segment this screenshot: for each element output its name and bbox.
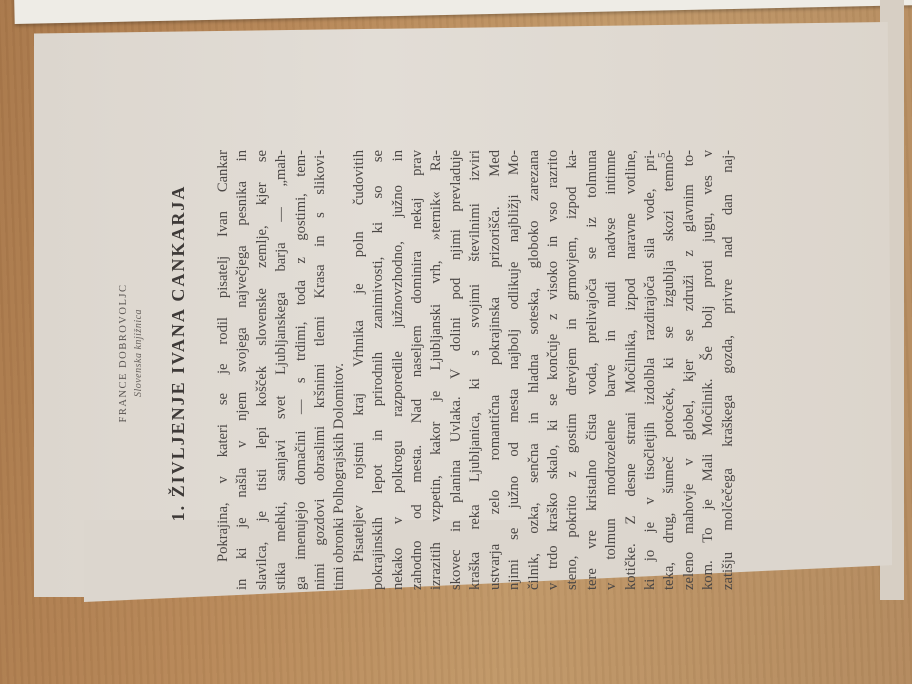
text-line: ki jo je v tisočletjih izdolbla razdiraj… (641, 150, 660, 590)
text-line: steno, pokrito z gostim drevjem in grmov… (563, 150, 582, 590)
text-line: kotičke. Z desne strani Močilnika, izpod… (622, 150, 641, 590)
text-line: nekako v polkrogu razporedile južnovzhod… (389, 150, 408, 590)
text-line: slavilca, je tisti lepi košček slovenske… (253, 150, 272, 590)
text-line: timi obronki Polhograjskih Dolomitov. (330, 150, 349, 590)
text-line: in ki je našla v njem svojega največjega… (233, 150, 252, 590)
paragraph-2: Pisateljev rojstni kraj Vrhnika je poln … (350, 150, 738, 590)
text-line: Pisateljev rojstni kraj Vrhnika je poln … (350, 150, 369, 590)
running-head-author: FRANCE DOBROVOLJC (118, 78, 129, 628)
text-line: zatišju molčečega kraškega gozda, privre… (719, 150, 738, 590)
chapter-title: 1. ŽIVLJENJE IVANA CANKARJA (168, 78, 189, 628)
text-line: čilnik, ozka, senčna in hladna soteska, … (525, 150, 544, 590)
text-line: pokrajinskih lepot in prirodnih zanimivo… (369, 150, 388, 590)
running-head-series: Slovenska knjižnica (133, 78, 144, 628)
text-line: Pokrajina, v kateri se je rodil pisatelj… (214, 150, 233, 590)
rotated-page-text: FRANCE DOBROVOLJC Slovenska knjižnica 1.… (118, 78, 778, 628)
text-line: ga imenujejo domačini — s trdimi, toda z… (292, 150, 311, 590)
text-line: v trdo kraško skalo, ki se končuje z vis… (544, 150, 563, 590)
text-line: izrazitih vzpetin, kakor je Ljubljanski … (427, 150, 446, 590)
text-line: njimi se južno od mesta najbolj odlikuje… (505, 150, 524, 590)
paragraph-1: Pokrajina, v kateri se je rodil pisatelj… (214, 150, 350, 590)
text-line: zeleno mahovje v globel, kjer se združi … (680, 150, 699, 590)
text-line: zahodno od mesta. Nad naseljem dominira … (408, 150, 427, 590)
text-line: kraška reka Ljubljanica, ki s svojimi št… (466, 150, 485, 590)
text-line: v tolmun modrozelene barve in nudi nadvs… (602, 150, 621, 590)
text-line: nimi gozdovi obraslimi kršnimi tlemi Kra… (311, 150, 330, 590)
text-line: kom. To je Mali Močilnik. Še bolj proti … (699, 150, 718, 590)
text-line: tere vre kristalno čista voda, prelivajo… (583, 150, 602, 590)
text-line: stika mehki, sanjavi svet Ljubljanskega … (272, 150, 291, 590)
page-number: 5 (656, 153, 668, 159)
body-text: Pokrajina, v kateri se je rodil pisatelj… (214, 150, 738, 590)
text-line: skovec in planina Uvlaka. V dolini pod n… (447, 150, 466, 590)
text-line: teka, drug, šumeč potoček, ki se izgublj… (660, 150, 679, 590)
text-line: ustvarja zelo romantična pokrajinska pri… (486, 150, 505, 590)
